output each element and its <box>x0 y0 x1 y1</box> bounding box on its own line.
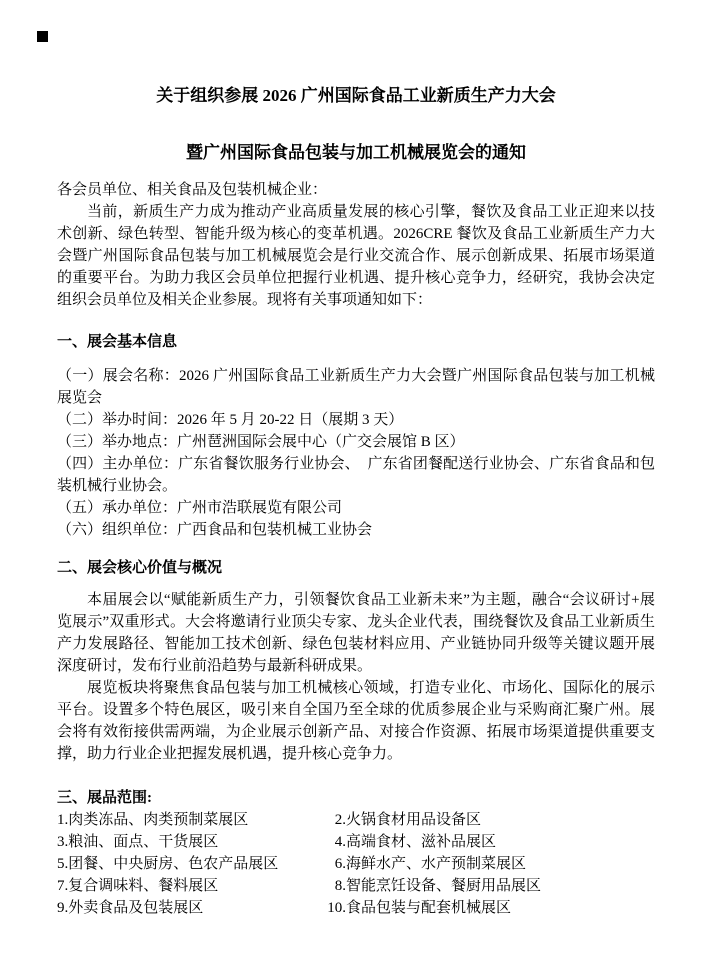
basic-info-list: （一）展会名称：2026 广州国际食品工业新质生产力大会暨广州国际食品包装与加工… <box>57 365 655 541</box>
zone-number: 6. <box>318 853 346 875</box>
exhibit-zone-item-8: 8.智能烹饪设备、餐厨用品展区 <box>318 875 655 897</box>
zone-label: 海鲜水产、水产预制菜展区 <box>346 853 526 875</box>
zone-number: 7. <box>57 875 68 897</box>
zone-label: 外卖食品及包装展区 <box>68 897 203 919</box>
zone-label: 肉类冻品、肉类预制菜展区 <box>68 809 248 831</box>
document-page: 关于组织参展 2026 广州国际食品工业新质生产力大会 暨广州国际食品包装与加工… <box>0 0 710 969</box>
zone-label: 火锅食材用品设备区 <box>346 809 481 831</box>
section-3-heading: 三、展品范围: <box>57 787 655 809</box>
exhibit-zone-item-4: 4.高端食材、滋补品展区 <box>318 831 655 853</box>
overview-paragraph-1: 本届展会以“赋能新质生产力，引领餐饮食品工业新未来”为主题，融合“会议研讨+展览… <box>57 589 655 677</box>
exhibit-zone-item-5: 5.团餐、中央厨房、色农产品展区 <box>57 853 318 875</box>
exhibit-zone-item-9: 9.外卖食品及包装展区 <box>57 897 318 919</box>
zone-label: 食品包装与配套机械展区 <box>346 897 511 919</box>
zone-label: 团餐、中央厨房、色农产品展区 <box>68 853 278 875</box>
zone-number: 1. <box>57 809 68 831</box>
zone-number: 8. <box>318 875 346 897</box>
info-item-date: （二）举办时间：2026 年 5 月 20-22 日（展期 3 天） <box>57 409 655 431</box>
exhibit-zone-grid: 1.肉类冻品、肉类预制菜展区 2.火锅食材用品设备区 3.粮油、面点、干货展区 … <box>57 809 655 919</box>
exhibit-zone-item-6: 6.海鲜水产、水产预制菜展区 <box>318 853 655 875</box>
page-title-line-2: 暨广州国际食品包装与加工机械展览会的通知 <box>57 143 655 163</box>
exhibit-zone-item-1: 1.肉类冻品、肉类预制菜展区 <box>57 809 318 831</box>
salutation: 各会员单位、相关食品及包装机械企业： <box>57 179 655 201</box>
zone-label: 智能烹饪设备、餐厨用品展区 <box>346 875 541 897</box>
exhibit-zone-item-3: 3.粮油、面点、干货展区 <box>57 831 318 853</box>
overview-paragraph-2: 展览板块将聚焦食品包装与加工机械核心领域，打造专业化、市场化、国际化的展示平台。… <box>57 677 655 765</box>
zone-label: 高端食材、滋补品展区 <box>346 831 496 853</box>
info-item-coordinator: （六）组织单位：广西食品和包装机械工业协会 <box>57 519 655 541</box>
zone-number: 3. <box>57 831 68 853</box>
zone-label: 粮油、面点、干货展区 <box>68 831 218 853</box>
zone-number: 10. <box>318 897 346 919</box>
exhibit-zone-item-7: 7.复合调味料、餐料展区 <box>57 875 318 897</box>
zone-label: 复合调味料、餐料展区 <box>68 875 218 897</box>
exhibit-zone-item-2: 2.火锅食材用品设备区 <box>318 809 655 831</box>
document-content: 关于组织参展 2026 广州国际食品工业新质生产力大会 暨广州国际食品包装与加工… <box>57 86 655 919</box>
page-title-line-1: 关于组织参展 2026 广州国际食品工业新质生产力大会 <box>57 86 655 106</box>
info-item-hosts: （四）主办单位：广东省餐饮服务行业协会、 广东省团餐配送行业协会、广东省食品和包… <box>57 453 655 497</box>
zone-number: 9. <box>57 897 68 919</box>
info-item-exhibition-name: （一）展会名称：2026 广州国际食品工业新质生产力大会暨广州国际食品包装与加工… <box>57 365 655 409</box>
zone-number: 4. <box>318 831 346 853</box>
info-item-venue: （三）举办地点：广州琶洲国际会展中心（广交会展馆 B 区） <box>57 431 655 453</box>
zone-number: 5. <box>57 853 68 875</box>
intro-paragraph: 当前，新质生产力成为推动产业高质量发展的核心引擎，餐饮及食品工业正迎来以技术创新… <box>57 201 655 311</box>
section-2-heading: 二、展会核心价值与概况 <box>57 557 655 579</box>
zone-number: 2. <box>318 809 346 831</box>
corner-mark <box>37 31 48 42</box>
section-1-heading: 一、展会基本信息 <box>57 331 655 353</box>
info-item-organizer: （五）承办单位：广州市浩联展览有限公司 <box>57 497 655 519</box>
exhibit-zone-item-10: 10.食品包装与配套机械展区 <box>318 897 655 919</box>
